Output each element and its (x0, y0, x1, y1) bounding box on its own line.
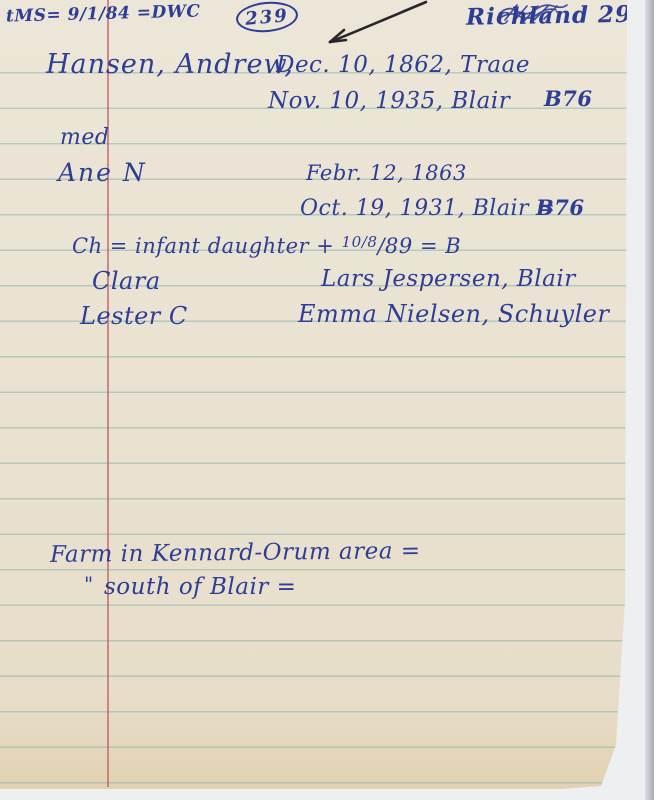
page-number: 239 (244, 5, 289, 30)
child-spouse: Emma Nielsen, Schuyler (298, 300, 609, 328)
children-note-rest: /89 = B (377, 234, 461, 258)
farm-location-note-2: south of Blair = (104, 574, 296, 600)
farm-location-note: Farm in Kennard-Orum area = (50, 538, 421, 568)
child-spouse: Lars Jespersen, Blair (321, 266, 576, 292)
children-note: Ch = infant daughter + 10/8/89 = B (72, 233, 461, 258)
red-margin-line (107, 0, 109, 787)
death-date-place: Nov. 10, 1935, Blair (268, 88, 510, 114)
burial-reference: B76 (544, 86, 592, 111)
ditto-mark: " (84, 572, 94, 596)
spouse-death-date-place: Oct. 19, 1931, Blair = (300, 196, 555, 221)
child-name: Clara (92, 267, 161, 295)
ink-scribble (497, 2, 571, 24)
down-left-arrow-icon (318, 0, 430, 52)
children-note-superscript: 10/8 (342, 233, 378, 251)
scanner-edge-shadow (645, 0, 654, 800)
child-name: Lester C (80, 302, 188, 330)
page-number-circle: 239 (235, 0, 299, 35)
person-name: Hansen, Andrew, (46, 49, 294, 80)
children-note-prefix: Ch = infant daughter + (72, 234, 342, 258)
spouse-birth-date: Febr. 12, 1863 (306, 161, 467, 185)
birth-date-place: Dec. 10, 1862, Traae (276, 52, 530, 78)
spouse-burial-reference: B76 (536, 195, 584, 220)
notebook-page: tMS= 9/1/84 =DWC 239 Richland 29-K Hanse… (0, 0, 627, 789)
married-label: med (60, 125, 109, 150)
date-annotation: tMS= 9/1/84 =DWC (6, 1, 201, 26)
spouse-name: Ane N (58, 158, 147, 187)
